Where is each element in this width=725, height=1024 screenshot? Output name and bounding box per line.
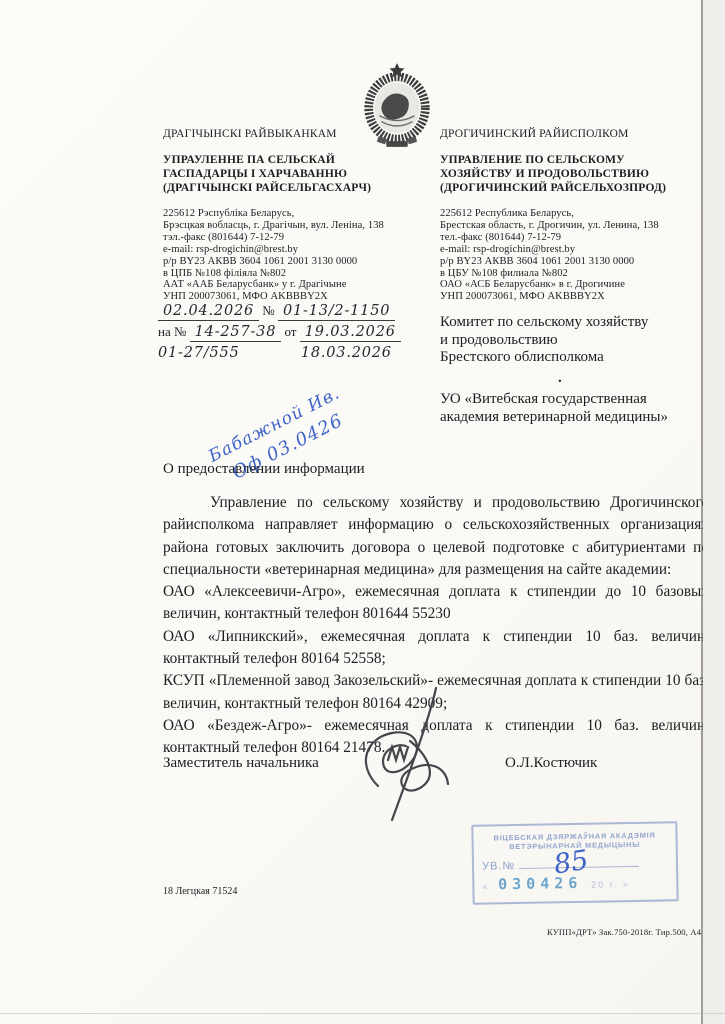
address-line: в ЦПБ №108 філіяла №802 xyxy=(163,268,435,280)
address-line: Брэсцкая вобласць, г. Драгічын, вул. Лен… xyxy=(163,220,435,232)
right-org-name: УПРАВЛЕНИЕ ПО СЕЛЬСКОМУ ХОЗЯЙСТВУ И ПРОД… xyxy=(440,153,712,195)
ref-date-handwritten: 19.03.2026 xyxy=(300,324,401,342)
scan-right-edge-line xyxy=(701,0,703,1024)
right-address-block: 225612 Республика Беларусь, Брестская об… xyxy=(440,208,712,303)
number-sign-label: № xyxy=(262,303,274,318)
address-line: e-mail: rsp-drogichin@brest.by xyxy=(163,244,435,256)
address-line: ОАО «АСБ Беларусбанк» в г. Дрогичине xyxy=(440,279,712,291)
body-org-item: ОАО «Алексеевичи-Агро», ежемесячная допл… xyxy=(163,581,709,626)
address-line: в ЦБУ №108 филиала №802 xyxy=(440,268,712,280)
scanned-letter-page: ДРАГІЧЫНСКІ РАЙВЫКАНКАМ УПРАУЛЕННЕ ПА СЕ… xyxy=(0,0,725,1024)
right-org-parent: ДРОГИЧИНСКИЙ РАЙИСПОЛКОМ xyxy=(440,128,712,140)
address-line: УНП 200073061, МФО AKBBBY2X xyxy=(163,291,435,303)
stamp-date-digits: 030426 xyxy=(498,874,582,893)
left-org-name-line: (ДРАГІЧЫНСКІ РАЙСЕЛЬГАСХАРЧ) xyxy=(163,181,435,195)
stamp-date-row: « 030426 20 г. » xyxy=(482,872,668,893)
registration-line-1: 02.04.2026 № 01-13/2-1150 xyxy=(158,303,450,324)
recipient-block: Комитет по сельскому хозяйству и продово… xyxy=(440,314,725,427)
registration-line-3: 01-27/555 18.03.2026 xyxy=(158,345,450,366)
left-org-name-line: ГАСПАДАРЦЫ І ХАРЧАВАННЮ xyxy=(163,167,435,181)
address-line: р/р BY23 АКВВ 3604 1061 2001 3130 0000 xyxy=(440,256,712,268)
ref-number-handwritten: 14-257-38 xyxy=(190,324,282,342)
letterhead-left: ДРАГІЧЫНСКІ РАЙВЫКАНКАМ УПРАУЛЕННЕ ПА СЕ… xyxy=(163,128,435,303)
left-org-name-line: УПРАУЛЕННЕ ПА СЕЛЬСКАЙ xyxy=(163,153,435,167)
address-line: Брестская область, г. Дрогичин, ул. Лени… xyxy=(440,220,712,232)
body-intro-paragraph: Управление по сельскому хозяйству и прод… xyxy=(163,492,709,581)
outgoing-date-handwritten: 02.04.2026 xyxy=(158,303,259,321)
address-line: e-mail: rsp-drogichin@brest.by xyxy=(440,244,712,256)
right-org-name-line: (ДРОГИЧИНСКИЙ РАЙСЕЛЬХОЗПРОД) xyxy=(440,181,712,195)
stamp-uv-label: УВ.№ xyxy=(482,860,515,873)
recipient-line: академия ветеринарной медицины» xyxy=(440,409,725,427)
ref-from-label: от xyxy=(284,324,296,339)
stamp-year-suffix: 20 г. » xyxy=(591,879,630,890)
left-org-parent: ДРАГІЧЫНСКІ РАЙВЫКАНКАМ xyxy=(163,128,435,140)
address-line: 225612 Рэспубліка Беларусь, xyxy=(163,208,435,220)
received-stamp: ВІЦЕБСКАЯ ДЗЯРЖАЎНАЯ АКАДЭМІЯ ВЕТЭРЫНАРН… xyxy=(471,821,678,905)
letterhead-right: ДРОГИЧИНСКИЙ РАЙИСПОЛКОМ УПРАВЛЕНИЕ ПО С… xyxy=(440,128,712,303)
scan-bottom-edge-line xyxy=(0,1013,725,1014)
footer-left-code: 18 Легцкая 71524 xyxy=(163,886,237,897)
right-org-name-line: УПРАВЛЕНИЕ ПО СЕЛЬСКОМУ xyxy=(440,153,712,167)
signer-name: О.Л.Костючик xyxy=(505,755,597,772)
recipient-separator-dot: . xyxy=(558,370,725,388)
address-line: 225612 Республика Беларусь, xyxy=(440,208,712,220)
scan-right-strip xyxy=(703,0,725,1024)
address-line: тэл.-факс (801644) 7-12-79 xyxy=(163,232,435,244)
extra-number-handwritten: 01-27/555 xyxy=(158,345,240,361)
recipient-line: УО «Витебская государственная xyxy=(440,391,725,409)
subject-line: О предоставлении информации xyxy=(163,461,365,478)
left-address-block: 225612 Рэспубліка Беларусь, Брэсцкая воб… xyxy=(163,208,435,303)
address-line: УНП 200073061, МФО AKBBBY2X xyxy=(440,291,712,303)
recipient-line: Брестского облисполкома xyxy=(440,349,725,367)
recipient-line: и продовольствию xyxy=(440,332,725,350)
signer-position: Заместитель начальника xyxy=(163,755,319,772)
ref-number-label: на № xyxy=(158,324,186,339)
outgoing-number-handwritten: 01-13/2-1150 xyxy=(278,303,395,321)
address-line: тел.-факс (801644) 7-12-79 xyxy=(440,232,712,244)
stamp-quote-left: « xyxy=(482,881,489,891)
signature-scribble xyxy=(348,686,470,824)
right-org-name-line: ХОЗЯЙСТВУ И ПРОДОВОЛЬСТВИЮ xyxy=(440,167,712,181)
body-org-item: ОАО «Липникский», ежемесячная доплата к … xyxy=(163,626,709,671)
address-line: ААТ «ААБ Беларусбанк» у г. Драгічыне xyxy=(163,279,435,291)
registration-block: 02.04.2026 № 01-13/2-1150 на № 14-257-38… xyxy=(158,303,450,366)
recipient-line: Комитет по сельскому хозяйству xyxy=(440,314,725,332)
recipient-second-block: УО «Витебская государственная академия в… xyxy=(440,391,725,426)
address-line: р/р BY23 АКВВ 3604 1061 2001 3130 0000 xyxy=(163,256,435,268)
registration-line-2: на № 14-257-38 от 19.03.2026 xyxy=(158,324,450,345)
left-org-name: УПРАУЛЕННЕ ПА СЕЛЬСКАЙ ГАСПАДАРЦЫ І ХАРЧ… xyxy=(163,153,435,195)
footer-print-code: КУПП«ДРТ» Зак.750-2018г. Тир.500, А4 xyxy=(547,927,701,937)
